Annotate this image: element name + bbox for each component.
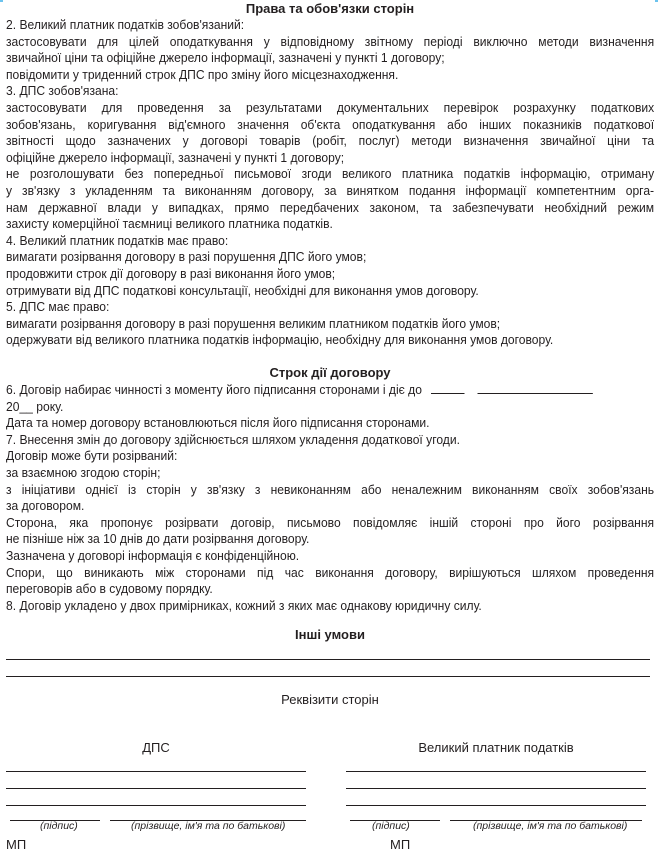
party-dps-title: ДПС — [6, 740, 306, 755]
text-line: застосовуватидляпроведеннязарезультатами… — [6, 100, 654, 117]
text-line: одержувати від великого платника податкі… — [6, 332, 654, 349]
taxpayer-name-caption: (прізвище, ім'я та по батькові) — [473, 820, 627, 832]
taxpayer-requisite-line-2[interactable] — [346, 788, 646, 789]
taxpayer-requisite-line-3[interactable] — [346, 805, 646, 806]
month-blank-field[interactable] — [477, 381, 592, 394]
taxpayer-requisite-line-1[interactable] — [346, 771, 646, 772]
text-line: за договором. — [6, 498, 654, 515]
text-line: офіційне джерело інформації, зазначені у… — [6, 150, 654, 167]
text-line: отримувати від ДПС податкові консультаці… — [6, 283, 654, 300]
clause-6-year: 20__ року. — [6, 399, 654, 416]
party-taxpayer-title: Великий платник податків — [346, 740, 646, 755]
section-title-other: Інші умови — [6, 627, 654, 643]
requisites-title: Реквізити сторін — [6, 692, 654, 707]
dps-name-caption: (прізвище, ім'я та по батькові) — [131, 820, 285, 832]
other-terms-line-2[interactable] — [6, 676, 650, 677]
dps-signature-caption: (підпис) — [40, 820, 78, 832]
section-body-rights: 2. Великий платник податків зобов'язаний… — [6, 17, 654, 349]
text-line: продовжити строк дії договору в разі вик… — [6, 266, 654, 283]
text-line: Зазначена у договорі інформація є конфід… — [6, 548, 654, 565]
dps-requisite-line-2[interactable] — [6, 788, 306, 789]
term-lines: Дата та номер договору встановлюються пі… — [6, 415, 654, 614]
section-title-rights: Права та обов'язки сторін — [6, 1, 654, 17]
dps-requisite-line-1[interactable] — [6, 771, 306, 772]
text-line: Сторона,якапропонуєрозірватидоговір,пись… — [6, 515, 654, 532]
text-line: 7. Внесення змін до договору здійснюєтьс… — [6, 432, 654, 449]
text-line: 4. Великий платник податків має право: — [6, 233, 654, 250]
text-line: за взаємною згодою сторін; — [6, 465, 654, 482]
day-blank-field[interactable] — [431, 381, 464, 394]
text-line: повідомити у триденний строк ДПС про змі… — [6, 67, 654, 84]
text-line: Спори,щовиникаютьміжсторонамипідчасвикон… — [6, 565, 654, 582]
other-terms-line-1[interactable] — [6, 659, 650, 660]
clause-6: 6. Договір набирає чинності з моменту йо… — [6, 381, 654, 399]
text-line: 3. ДПС зобов'язана: — [6, 83, 654, 100]
taxpayer-stamp-label: МП — [390, 837, 410, 852]
section-title-term: Строк дії договору — [6, 365, 654, 381]
text-line: звітностіщодозазначенихудоговорітоварів(… — [6, 133, 654, 150]
page-corner-mark — [0, 0, 3, 2]
text-line: застосовуватидляцілейоподаткуванняувідпо… — [6, 34, 654, 51]
text-line: вимагати розірвання договору в разі пору… — [6, 316, 654, 333]
text-line: звичайної ціни та офіційне джерело інфор… — [6, 50, 654, 67]
text-line: намдержавноївладиувипадках,прямопередбач… — [6, 200, 654, 217]
text-line: 5. ДПС має право: — [6, 299, 654, 316]
text-line: Дата та номер договору встановлюються пі… — [6, 415, 654, 432]
text-line: зобов'язань,коригуваннявід'ємногозначенн… — [6, 117, 654, 134]
text-line: зініціативиоднієїізсторінузв'язкузневико… — [6, 482, 654, 499]
taxpayer-signature-caption: (підпис) — [372, 820, 410, 832]
text-line: узв'язкузукладеннямтавиконаннямдоговору,… — [6, 183, 654, 200]
dps-stamp-label: МП — [6, 837, 26, 852]
text-line: нерозголошуватибезпопередньоїписьмовоїзг… — [6, 166, 654, 183]
section-body-term: 6. Договір набирає чинності з моменту йо… — [6, 381, 654, 614]
text-line: Договір може бути розірваний: — [6, 448, 654, 465]
dps-requisite-line-3[interactable] — [6, 805, 306, 806]
clause-6-text: 6. Договір набирає чинності з моменту йо… — [6, 382, 422, 397]
text-line: 2. Великий платник податків зобов'язаний… — [6, 17, 654, 34]
text-line: не пізніше ніж за 10 днів до дати розірв… — [6, 531, 654, 548]
text-line: переговорів або в судовому порядку. — [6, 581, 654, 598]
text-line: вимагати розірвання договору в разі пору… — [6, 249, 654, 266]
text-line: 8. Договір укладено у двох примірниках, … — [6, 598, 654, 615]
text-line: захисту комерційної таємниці великого пл… — [6, 216, 654, 233]
